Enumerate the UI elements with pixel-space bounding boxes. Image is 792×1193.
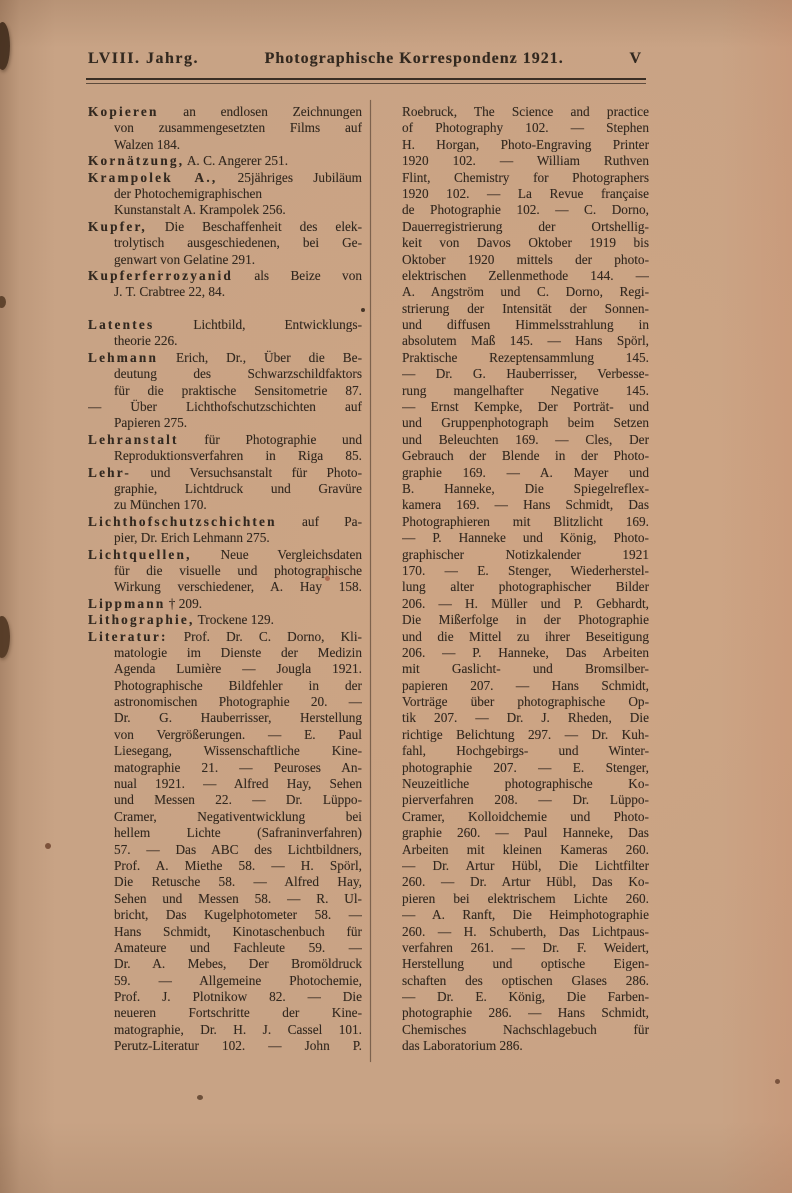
- index-line: pier, Dr. Erich Lehmann 275.: [88, 530, 362, 546]
- index-term: Lithographie,: [88, 612, 195, 627]
- index-line: Lichtquellen, Neue Vergleichsdaten: [88, 547, 362, 563]
- index-line: Lehr- und Versuchsanstalt für Photo-: [88, 465, 362, 481]
- index-line: matographie, Dr. H. J. Cassel 101.: [88, 1022, 362, 1038]
- index-line: Die Retusche 58. — Alfred Hay,: [88, 874, 362, 890]
- index-line: graphischer Notizkalender 1921: [402, 547, 649, 563]
- index-column-left: Kopieren an endlosen Zeichnungenvon zusa…: [88, 104, 362, 1055]
- index-term: Kornätzung,: [88, 153, 184, 168]
- page-number: V: [629, 50, 646, 68]
- index-line: Kupfer, Die Beschaffenheit des elek-: [88, 219, 362, 235]
- index-line: Dauerregistrierung der Ortshellig-: [402, 219, 649, 235]
- index-line: 260. — Dr. Artur Hübl, Das Ko-: [402, 874, 649, 890]
- index-line: Liesegang, Wissenschaftliche Kine-: [88, 743, 362, 759]
- index-line: J. T. Crabtree 22, 84.: [88, 284, 362, 300]
- volume-label: LVIII. Jahrg.: [88, 50, 199, 68]
- paper-speck: [0, 22, 10, 70]
- index-line: — Dr. G. Hauberrisser, Verbesse-: [402, 366, 649, 382]
- index-term: Lichtquellen,: [88, 547, 192, 562]
- index-term: Lehr-: [88, 465, 131, 480]
- index-line: Herstellung und optische Eigen-: [402, 956, 649, 972]
- index-line: tik 207. — Dr. J. Rheden, Die: [402, 710, 649, 726]
- index-line: Vorträge über photographische Op-: [402, 694, 649, 710]
- index-line: Sehen und Messen 58. — R. Ul-: [88, 891, 362, 907]
- index-line: 260. — H. Schuberth, Das Lichtpaus-: [402, 924, 649, 940]
- index-line: matologie im Dienste der Medizin: [88, 645, 362, 661]
- index-line: Amateure und Fachleute 59. —: [88, 940, 362, 956]
- index-line: 1920 102. — William Ruthven: [402, 153, 649, 169]
- paper-speck: [775, 1079, 780, 1084]
- index-line: graphie 260. — Paul Hanneke, Das: [402, 825, 649, 841]
- index-line: zu München 170.: [88, 497, 362, 513]
- index-line: Wirkung verschiedener, A. Hay 158.: [88, 579, 362, 595]
- index-line: — Dr. Artur Hübl, Die Lichtfilter: [402, 858, 649, 874]
- index-line: — A. Ranft, Die Heimphotographie: [402, 907, 649, 923]
- index-line: Praktische Rezeptensammlung 145.: [402, 350, 649, 366]
- index-line: bricht, Das Kugelphotometer 58. —: [88, 907, 362, 923]
- index-line: graphie 169. — A. Mayer und: [402, 465, 649, 481]
- paper-speck: [325, 576, 330, 581]
- index-term: Lichthofschutzschichten: [88, 514, 277, 529]
- index-line: und Beleuchten 169. — Cles, Der: [402, 432, 649, 448]
- column-divider: [370, 100, 371, 1062]
- index-line: neueren Fortschritte der Kine-: [88, 1005, 362, 1021]
- index-line: Roebruck, The Science and practice: [402, 104, 649, 120]
- index-line: pierverfahren 208. — Dr. Lüppo-: [402, 792, 649, 808]
- index-line: 170. — E. Stenger, Wiederherstel-: [402, 563, 649, 579]
- index-line: Kopieren an endlosen Zeichnungen: [88, 104, 362, 120]
- index-line: Die Mißerfolge in der Photographie: [402, 612, 649, 628]
- index-line: keit von Davos Oktober 1919 bis: [402, 235, 649, 251]
- index-line: elektrischen Zellenmethode 144. —: [402, 268, 649, 284]
- index-line: of Photography 102. — Stephen: [402, 120, 649, 136]
- index-line: für die praktische Sensitometrie 87.: [88, 383, 362, 399]
- index-line: absolutem Maß 145. — Hans Spörl,: [402, 333, 649, 349]
- index-line: mit Gaslicht- und Bromsilber-: [402, 661, 649, 677]
- index-line: von zusammengesetzten Films auf: [88, 120, 362, 136]
- paper-speck: [0, 296, 6, 308]
- page-title: Photographische Korrespondenz 1921.: [265, 50, 564, 68]
- index-line: Prof. A. Miethe 58. — H. Spörl,: [88, 858, 362, 874]
- index-term: Lehranstalt: [88, 432, 179, 447]
- index-term: Lehmann: [88, 350, 158, 365]
- index-line: Dr. G. Hauberrisser, Herstellung: [88, 710, 362, 726]
- index-line: — Dr. E. König, Die Farben-: [402, 989, 649, 1005]
- index-line: Chemisches Nachschlagebuch für: [402, 1022, 649, 1038]
- index-line: richtige Belichtung 297. — Dr. Kuh-: [402, 727, 649, 743]
- index-line: Krampolek A., 25jähriges Jubiläum: [88, 170, 362, 186]
- index-line: Flint, Chemistry for Photographers: [402, 170, 649, 186]
- header-rule: [86, 78, 646, 84]
- index-line: deutung des Schwarzschildfaktors: [88, 366, 362, 382]
- index-line: 59. — Allgemeine Photochemie,: [88, 973, 362, 989]
- index-line: Lichthofschutzschichten auf Pa-: [88, 514, 362, 530]
- index-line: Agenda Lumière — Jougla 1921.: [88, 661, 362, 677]
- index-line: Kupferferrozyanid als Beize von: [88, 268, 362, 284]
- index-line: Prof. J. Plotnikow 82. — Die: [88, 989, 362, 1005]
- paper-speck: [361, 308, 365, 312]
- index-line: strierung der Intensität der Sonnen-: [402, 301, 649, 317]
- index-line: lung alter photographischer Bilder: [402, 579, 649, 595]
- index-line: photographie 286. — Hans Schmidt,: [402, 1005, 649, 1021]
- index-line: Papieren 275.: [88, 415, 362, 431]
- index-line: graphie, Lichtdruck und Gravüre: [88, 481, 362, 497]
- index-line: B. Hanneke, Die Spiegelreflex-: [402, 481, 649, 497]
- index-line: genwart von Gelatine 291.: [88, 252, 362, 268]
- index-line: papieren 207. — Hans Schmidt,: [402, 678, 649, 694]
- index-line: Cramer, Kolloidchemie und Photo-: [402, 809, 649, 825]
- index-line: Kornätzung, A. C. Angerer 251.: [88, 153, 362, 169]
- book-page: LVIII. Jahrg. Photographische Korrespond…: [0, 0, 792, 1193]
- index-line: 57. — Das ABC des Lichtbildners,: [88, 842, 362, 858]
- index-term: Kupfer,: [88, 219, 147, 234]
- index-line: Walzen 184.: [88, 137, 362, 153]
- index-line: — Über Lichthofschutzschichten auf: [88, 399, 362, 415]
- index-line: und Gruppenphotograph beim Setzen: [402, 415, 649, 431]
- index-line: pieren bei elektrischem Lichte 260.: [402, 891, 649, 907]
- index-line: nual 1921. — Alfred Hay, Sehen: [88, 776, 362, 792]
- index-line: und Messen 22. — Dr. Lüppo-: [88, 792, 362, 808]
- paper-speck: [45, 843, 51, 849]
- index-line: de Photographie 102. — C. Dorno,: [402, 202, 649, 218]
- index-line: Lippmann † 209.: [88, 596, 362, 612]
- index-line: verfahren 261. — Dr. F. Weidert,: [402, 940, 649, 956]
- index-line: Cramer, Negativentwicklung bei: [88, 809, 362, 825]
- index-line: H. Horgan, Photo-Engraving Printer: [402, 137, 649, 153]
- index-line: Perutz-Literatur 102. — John P.: [88, 1038, 362, 1054]
- index-line: das Laboratorium 286.: [402, 1038, 649, 1054]
- index-line: theorie 226.: [88, 333, 362, 349]
- index-line: und die Mittel zu ihrer Beseitigung: [402, 629, 649, 645]
- index-term: Kopieren: [88, 104, 159, 119]
- index-term: Lippmann: [88, 596, 165, 611]
- index-line: hellem Lichte (Safraninverfahren): [88, 825, 362, 841]
- index-line: Photographieren mit Blitzlicht 169.: [402, 514, 649, 530]
- index-line: 206. — H. Müller und P. Gebhardt,: [402, 596, 649, 612]
- index-line: Lehranstalt für Photographie und: [88, 432, 362, 448]
- index-line: Literatur: Prof. Dr. C. Dorno, Kli-: [88, 629, 362, 645]
- index-line: Oktober 1920 mittels der photo-: [402, 252, 649, 268]
- index-line: kamera 169. — Hans Schmidt, Das: [402, 497, 649, 513]
- index-line: Lehmann Erich, Dr., Über die Be-: [88, 350, 362, 366]
- index-line: Latentes Lichtbild, Entwicklungs-: [88, 317, 362, 333]
- index-line: Kunstanstalt A. Krampolek 256.: [88, 202, 362, 218]
- index-column-right: Roebruck, The Science and practiceof Pho…: [402, 104, 649, 1055]
- index-line: Photographische Bildfehler in der: [88, 678, 362, 694]
- index-line: rung mangelhafter Negative 145.: [402, 383, 649, 399]
- paper-speck: [197, 1095, 203, 1100]
- index-line: Arbeiten mit kleinen Kameras 260.: [402, 842, 649, 858]
- index-line: matographie 21. — Peuroses An-: [88, 760, 362, 776]
- index-line: Reproduktionsverfahren in Riga 85.: [88, 448, 362, 464]
- blank-line: [88, 301, 362, 317]
- paper-speck: [0, 616, 10, 658]
- index-line: astronomischen Photographie 20. —: [88, 694, 362, 710]
- index-line: — P. Hanneke und König, Photo-: [402, 530, 649, 546]
- index-line: A. Angström und C. Dorno, Regi-: [402, 284, 649, 300]
- index-line: von Vergrößerungen. — E. Paul: [88, 727, 362, 743]
- index-line: 1920 102. — La Revue française: [402, 186, 649, 202]
- index-line: Neuzeitliche photographische Ko-: [402, 776, 649, 792]
- index-line: 206. — P. Hanneke, Das Arbeiten: [402, 645, 649, 661]
- index-line: der Photochemigraphischen: [88, 186, 362, 202]
- index-line: photographie 207. — E. Stenger,: [402, 760, 649, 776]
- index-line: Dr. A. Mebes, Der Bromöldruck: [88, 956, 362, 972]
- index-line: trolytisch ausgeschiedenen, bei Ge-: [88, 235, 362, 251]
- index-term: Literatur:: [88, 629, 168, 644]
- index-term: Kupferferrozyanid: [88, 268, 233, 283]
- page-header: LVIII. Jahrg. Photographische Korrespond…: [88, 50, 646, 68]
- index-line: schaften des optischen Glases 286.: [402, 973, 649, 989]
- index-line: Hans Schmidt, Kinotaschenbuch für: [88, 924, 362, 940]
- index-line: für die visuelle und photographische: [88, 563, 362, 579]
- index-line: Lithographie, Trockene 129.: [88, 612, 362, 628]
- index-line: Gebrauch der Blende in der Photo-: [402, 448, 649, 464]
- index-line: fahl, Hochgebirgs- und Winter-: [402, 743, 649, 759]
- index-line: und diffusen Himmelsstrahlung in: [402, 317, 649, 333]
- index-term: Latentes: [88, 317, 154, 332]
- index-line: — Ernst Kempke, Der Porträt- und: [402, 399, 649, 415]
- index-term: Krampolek A.,: [88, 170, 217, 185]
